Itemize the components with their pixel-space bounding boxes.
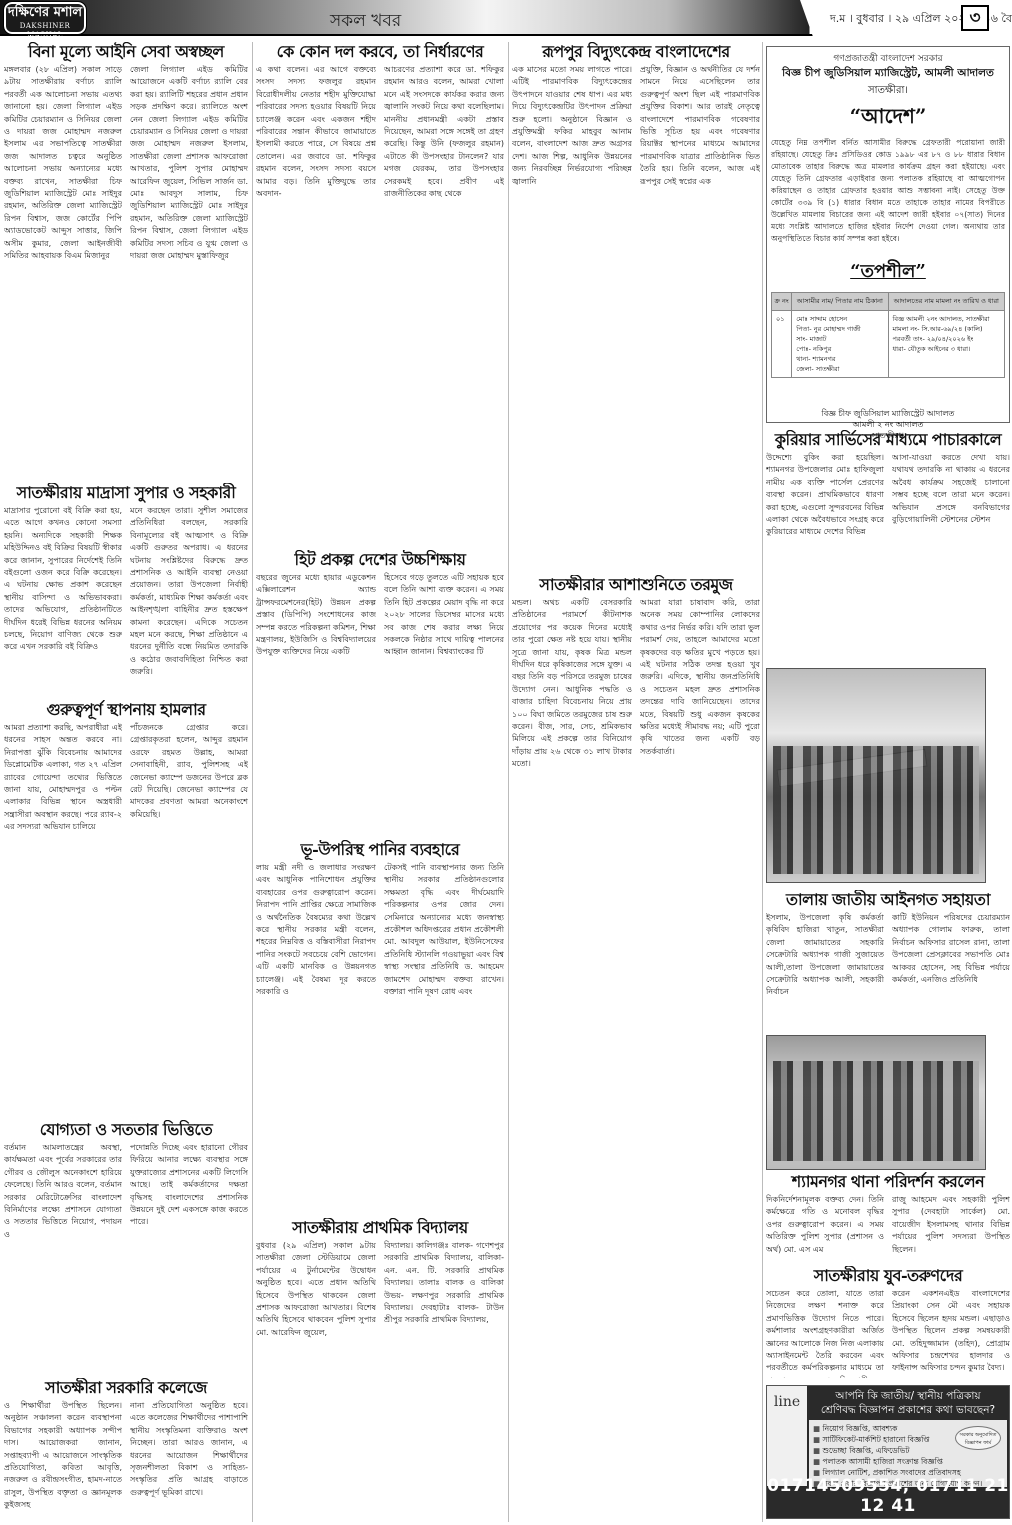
newspaper-logo[interactable]: দক্ষিণের মশাল DAKSHINER MASHAL — [4, 2, 86, 34]
article-column: পাঁচজনকে গ্রেপ্তার করে। গ্রেপ্তারকৃতরা হ… — [130, 722, 248, 1107]
ad-stamp-icon: সরকার অনুমোদিত বিজ্ঞাপন ফার্ম — [955, 1426, 1001, 1450]
article-column: দিকনির্দেশনামূলক বক্তব্য দেন। তিনি কর্মক… — [766, 1194, 884, 1259]
headline[interactable]: হিট প্রকল্প দেশের উচ্চশিক্ষায় — [256, 550, 504, 570]
article-column: বছরের জুনের মধ্যে হায়ার এডুকেশন এক্সিলা… — [256, 572, 376, 827]
article-column: বুধবার (২৯ এপ্রিল) সকাল ৯টায় সাতক্ষীরা … — [256, 1240, 376, 1520]
article-heat-project[interactable]: হিট প্রকল্প দেশের উচ্চশিক্ষায় বছরের জুন… — [256, 550, 504, 830]
notice-place: সাতক্ষীরা। — [771, 83, 1005, 100]
article-column: মাদ্রাসার পুরোনো বই বিক্রি করা হয়, এতে … — [4, 505, 122, 685]
article-party-decision[interactable]: কে কোন দল করবে, তা নির্ধারণের এ কথা বলেন… — [256, 42, 504, 542]
notice-order-title: “আদেশ” — [771, 102, 1005, 135]
article-column: মন্ডল। অথচ একটি বেসরকারি প্রতিষ্ঠানের পর… — [512, 597, 632, 1519]
column-divider — [252, 42, 253, 1522]
headline[interactable]: কে কোন দল করবে, তা নির্ধারণের — [256, 42, 504, 62]
court-notice: গণপ্রজাতন্ত্রী বাংলাদেশ সরকার বিজ্ঞ চীপ … — [766, 46, 1010, 423]
table-row: ০১ মোঃ সাদ্দাম হোসেন পিতা- নুর মোহাম্মদ … — [772, 311, 1005, 378]
article-shyamnagar[interactable]: শ্যামনগর থানা পরিদর্শন করলেন দিকনির্দেশন… — [766, 1172, 1010, 1262]
article-column: টেকসই পানি ব্যবস্থাপনার জন্য তিনি স্থানী… — [384, 862, 504, 1207]
article-attack[interactable]: গুরুত্বপূর্ণ স্থাপনায় হামলার আমরা প্রত্… — [4, 700, 248, 1110]
notice-court: বিজ্ঞ চীপ জুডিসিয়াল ম্যাজিস্ট্রেট, আমলী… — [771, 66, 1005, 83]
headline[interactable]: তালায় জাতীয় আইনগত সহায়তা — [766, 890, 1010, 910]
headline[interactable]: সাতক্ষীরায় মাদ্রাসা সুপার ও সহকারী — [4, 483, 248, 503]
logo-english: DAKSHINER MASHAL — [6, 22, 84, 40]
police-shape — [773, 1061, 979, 1161]
table-cell-case: বিজ্ঞ আমলী ২নং আদালত, সাতক্ষীরা মামলা নং… — [888, 311, 1005, 378]
ad-list-item: পলাতক আসামী হাজিরা সংক্রান্ত বিজ্ঞপ্তি — [813, 1456, 1003, 1467]
article-column: সচেতন করে তোলা, যাতে তারা নিজেদের লক্ষণ … — [766, 1288, 884, 1378]
article-merit[interactable]: যোগ্যতা ও সততার ভিত্তিতে বর্তমান আমলাতন্… — [4, 1120, 248, 1370]
article-column: নানা প্রতিযোগিতা অনুষ্ঠিত হবে। এতে কলেজে… — [130, 1400, 248, 1520]
schedule-table: ক্র নং আসামীর নাম/ পিতার নাম ঠিকানা আদাল… — [771, 292, 1005, 378]
page-number: ৩ — [961, 5, 989, 31]
ad-phone-numbers[interactable]: 01714509554, 01711 21 12 41 — [767, 1476, 1009, 1516]
article-courier[interactable]: কুরিয়ার সার্ভিসের মাধ্যমে পাচারকালে উদ্… — [766, 430, 1010, 665]
rally-photo[interactable] — [766, 668, 986, 883]
table-header: আসামীর নাম/ পিতার নাম ঠিকানা — [792, 293, 888, 311]
headline[interactable]: কুরিয়ার সার্ভিসের মাধ্যমে পাচারকালে — [766, 430, 1010, 450]
notice-government: গণপ্রজাতন্ত্রী বাংলাদেশ সরকার — [771, 51, 1005, 66]
notice-schedule-title: “তপশীল” — [771, 257, 1005, 288]
article-column: উদ্দেশ্যে বুকিং করা হয়েছিল। শ্যামনগর উপ… — [766, 452, 884, 662]
article-surface-water[interactable]: ভূ-উপরিস্থ পানির ব্যবহারে লায় মন্ত্রী ন… — [256, 840, 504, 1210]
article-column: জেলা লিগ্যাল এইড কমিটির আয়োজনে একটি বর্… — [130, 64, 248, 468]
article-madrasa[interactable]: সাতক্ষীরায় মাদ্রাসা সুপার ও সহকারী মাদ্… — [4, 483, 248, 688]
article-column: আমরা যারা চাষাবাদ করি, তারা অনেক সময় কো… — [640, 597, 760, 1519]
masthead: দক্ষিণের মশাল DAKSHINER MASHAL সকল খবর দ… — [0, 0, 1012, 36]
article-column: হিসেবে গড়ে তুলতে এটি সহায়ক হবে বলে তিন… — [384, 572, 504, 827]
article-column: ও শিক্ষার্থীরা উপস্থিত ছিলেন। অনুষ্ঠান স… — [4, 1400, 122, 1520]
article-college[interactable]: সাতক্ষীরা সরকারি কলেজে ও শিক্ষার্থীরা উপ… — [4, 1378, 248, 1523]
article-primary-school[interactable]: সাতক্ষীরায় প্রাথমিক বিদ্যালয় বুধবার (২… — [256, 1218, 504, 1523]
police-photo[interactable] — [766, 1035, 986, 1170]
headline[interactable]: সাতক্ষীরায় প্রাথমিক বিদ্যালয় — [256, 1218, 504, 1238]
article-column: আচরণের প্রত্যাশা করে ডা. শফিকুর রহমান আর… — [384, 64, 504, 538]
article-rooppur[interactable]: রূপপুর বিদ্যুৎকেন্দ্র বাংলাদেশের এক মাসে… — [512, 42, 760, 567]
article-column: এ কথা বলেন। এর আগে বক্তব্যে সংসদ সদস্য ফ… — [256, 64, 376, 538]
article-column: আমরা প্রত্যাশা করছি, অপরাধীরা এই ধরনের স… — [4, 722, 122, 1107]
headline[interactable]: সাতক্ষীরা সরকারি কলেজে — [4, 1378, 248, 1398]
headline[interactable]: যোগ্যতা ও সততার ভিত্তিতে — [4, 1120, 248, 1140]
column-divider — [508, 42, 509, 1522]
article-column: মনে করছেন তারা। সুশীল সমাজের প্রতিনিধিরা… — [130, 505, 248, 685]
article-column: কাটি ইউনিয়ন পরিষদের চেয়ারম্যান অধ্যাপক… — [892, 912, 1010, 1027]
article-column: পদোন্নতি দিচ্ছে এবং হারানো গৌরব ফিরিয়ে … — [130, 1142, 248, 1367]
article-column: বর্তমান আমলাতন্ত্রের অবস্থা, কার্যক্ষমতা… — [4, 1142, 122, 1367]
section-title: সকল খবর — [330, 8, 401, 36]
article-column: রাজু আহমেদ এবং সহকারী পুলিশ সুপার (দেবহা… — [892, 1194, 1010, 1259]
headline[interactable]: গুরুত্বপূর্ণ স্থাপনায় হামলার — [4, 700, 248, 720]
headline[interactable]: সাতক্ষীরায় যুব-তরুণদের — [766, 1266, 1010, 1286]
table-cell-serial: ০১ — [772, 311, 792, 378]
column-divider — [762, 42, 763, 1522]
headline[interactable]: বিনা মূল্যে আইনি সেবা অস্বচ্ছল — [4, 42, 248, 62]
headline[interactable]: রূপপুর বিদ্যুৎকেন্দ্র বাংলাদেশের — [512, 42, 760, 62]
table-header: আদালতের নাম মামলা নং তারিখ ও ধারা — [888, 293, 1005, 311]
article-watermelon[interactable]: সাতক্ষীরার আশাশুনিতে তরমুজ মন্ডল। অথচ এক… — [512, 575, 760, 1523]
headline[interactable]: ভূ-উপরিস্থ পানির ব্যবহারে — [256, 840, 504, 860]
logo-bangla: দক্ষিণের মশাল — [6, 4, 84, 22]
article-column: বিদ্যালয়। কালিগঞ্জঃ বালক- গণেশপুর সরকার… — [384, 1240, 504, 1520]
article-column: করেন একশনএইড বাংলাদেশের প্রিয়াংকা সেন ম… — [892, 1288, 1010, 1378]
classified-advertisement[interactable]: line আপনি কি জাতীয়/ স্থানীয় পত্রিকায় … — [766, 1385, 1010, 1519]
article-column: ইসলাম, উপজেলা কৃষি কর্মকর্তা কৃষিবিদ হাজ… — [766, 912, 884, 1027]
crowd-shape — [773, 746, 979, 874]
article-column: লায় মন্ত্রী নদী ও জলাধার সংরক্ষণ এবং আধ… — [256, 862, 376, 1207]
headline[interactable]: শ্যামনগর থানা পরিদর্শন করলেন — [766, 1172, 1010, 1192]
ad-brand: line — [767, 1386, 807, 1486]
article-column: প্রযুক্তি, বিজ্ঞান ও অর্থনীতির যে দর্শন … — [640, 64, 760, 564]
table-cell-accused: মোঃ সাদ্দাম হোসেন পিতা- নুর মোহাম্মদ গাজ… — [792, 311, 888, 378]
notice-order-body: যেহেতু নিম্ন তপশীল বর্নিত আসামীর বিরুদ্ধ… — [771, 137, 1005, 245]
article-column: এক মাসের মতো সময় লাগতে পারে। এটিই পারমা… — [512, 64, 632, 564]
ad-headline: আপনি কি জাতীয়/ স্থানীয় পত্রিকায় শ্রেণ… — [809, 1389, 1007, 1417]
article-tala-legal-aid[interactable]: তালায় জাতীয় আইনগত সহায়তা ইসলাম, উপজেল… — [766, 890, 1010, 1030]
table-header: ক্র নং — [772, 293, 792, 311]
article-youth[interactable]: সাতক্ষীরায় যুব-তরুণদের সচেতন করে তোলা, … — [766, 1266, 1010, 1381]
article-column: আসা-যাওয়া করতে দেখা যায়। যথাযথ তদারকি … — [892, 452, 1010, 662]
headline[interactable]: সাতক্ষীরার আশাশুনিতে তরমুজ — [512, 575, 760, 595]
article-column: মঙ্গলবার (২৮ এপ্রিল) সকাল সাড়ে ৯টায় সা… — [4, 64, 122, 468]
article-legal-aid[interactable]: বিনা মূল্যে আইনি সেবা অস্বচ্ছল মঙ্গলবার … — [4, 42, 248, 472]
